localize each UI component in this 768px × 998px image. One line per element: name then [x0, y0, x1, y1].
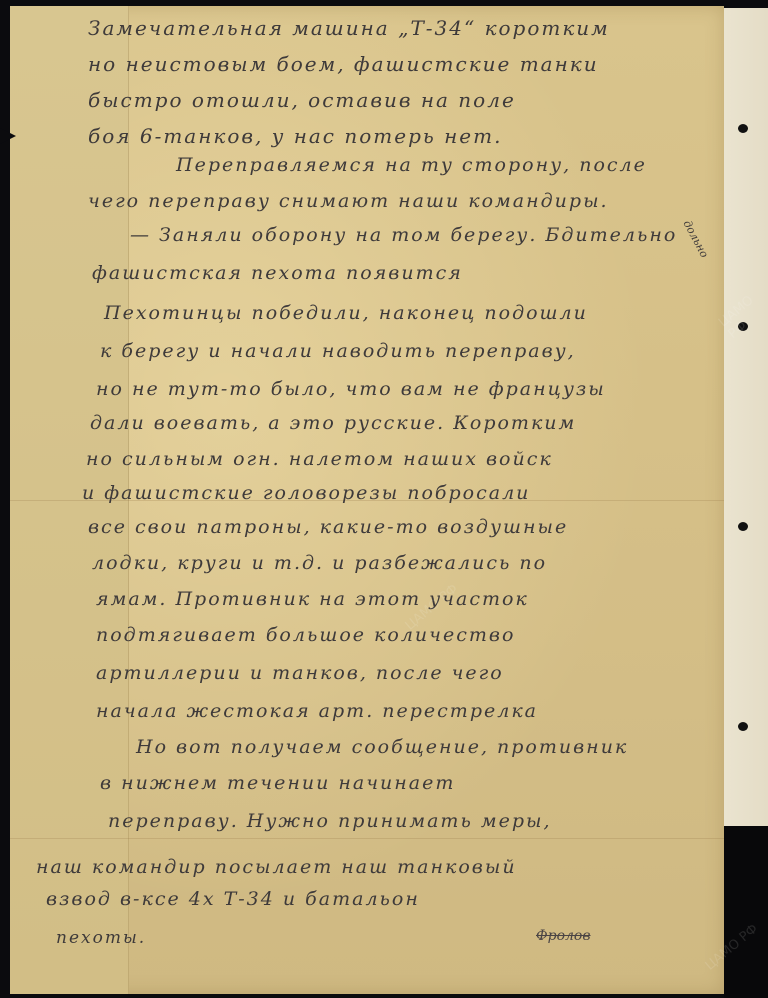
- handwritten-line: переправу. Нужно принимать меры,: [108, 810, 552, 832]
- handwritten-line: наш командир посылает наш танковый: [36, 856, 517, 878]
- handwritten-line: но сильным огн. налетом наших войск: [86, 448, 553, 470]
- punch-hole: [738, 124, 748, 133]
- struck-signature: Фролов: [536, 928, 591, 944]
- dark-background-corner: [724, 826, 768, 998]
- handwritten-line: артиллерии и танков, после чего: [96, 662, 504, 684]
- fold-line: [10, 838, 724, 839]
- handwritten-line: в нижнем течении начинает: [100, 772, 455, 794]
- handwritten-line: взвод в-ксе 4х Т-34 и батальон: [46, 888, 420, 910]
- handwritten-line: дали воевать, а это русские. Коротким: [90, 412, 576, 434]
- handwritten-line: Замечательная машина „Т-34“ коротким: [88, 16, 610, 40]
- handwritten-line: — Заняли оборону на том берегу. Бдительн…: [130, 224, 677, 246]
- handwritten-line: к берегу и начали наводить переправу,: [100, 340, 576, 362]
- handwritten-line: но не тут-то было, что вам не французы: [96, 378, 606, 400]
- punch-hole: [738, 722, 748, 731]
- handwritten-line: быстро отошли, оставив на поле: [88, 88, 516, 112]
- handwritten-line: фашистская пехота появится: [92, 262, 463, 284]
- handwritten-line: подтягивает большое количество: [96, 624, 515, 646]
- punch-hole: [738, 522, 748, 531]
- handwritten-line: но неистовым боем, фашистские танки: [88, 52, 599, 76]
- handwritten-line: боя 6-танков, у нас потерь нет.: [88, 124, 502, 148]
- handwritten-line: Переправляемся на ту сторону, после: [176, 154, 647, 176]
- handwritten-line: чего переправу снимают наши командиры.: [88, 190, 609, 212]
- handwritten-line: все свои патроны, какие-то воздушные: [88, 516, 568, 538]
- handwritten-line: Но вот получаем сообщение, противник: [136, 736, 628, 758]
- handwritten-line: Пехотинцы победили, наконец подошли: [104, 302, 588, 324]
- handwritten-line: лодки, круги и т.д. и разбежались по: [92, 552, 547, 574]
- handwritten-line: пехоты.: [56, 928, 146, 948]
- handwritten-line: начала жестокая арт. перестрелка: [96, 700, 538, 722]
- handwritten-line: ямам. Противник на этот участок: [96, 588, 529, 610]
- handwritten-line: и фашистские головорезы побросали: [82, 482, 530, 504]
